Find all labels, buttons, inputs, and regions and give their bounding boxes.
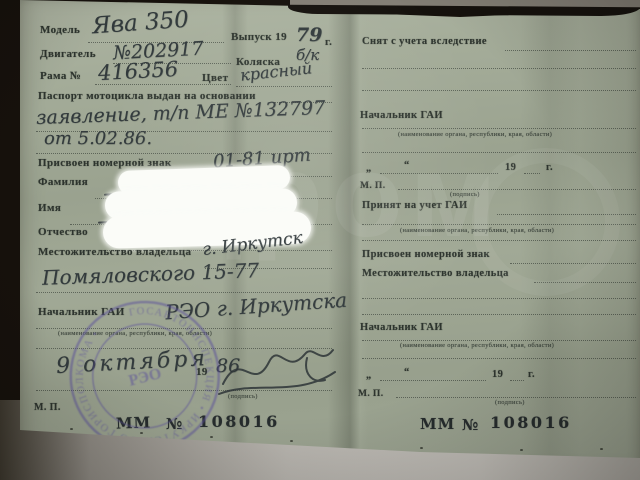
org-name-hint: (наименование органа, республики, края, … bbox=[398, 132, 552, 139]
engine-label: Двигатель bbox=[40, 48, 96, 61]
patronymic-label: Отчество bbox=[38, 226, 88, 239]
residence-label: Местожительство владельца bbox=[38, 246, 191, 259]
mp-seal-label: М. П. bbox=[358, 389, 383, 400]
year-printed: 19 bbox=[505, 162, 516, 174]
model-label: Модель bbox=[40, 24, 80, 37]
dotted-line bbox=[362, 128, 636, 129]
residence-label: Местожительство владельца bbox=[362, 268, 509, 280]
form-number: 108016 bbox=[490, 413, 572, 432]
dotted-line bbox=[380, 380, 486, 381]
dotted-line bbox=[362, 224, 636, 225]
perforation-dot bbox=[520, 449, 523, 451]
perforation-dot bbox=[70, 428, 73, 430]
registered-label: Принят на учет ГАИ bbox=[362, 200, 468, 212]
dotted-line bbox=[362, 340, 636, 341]
year-suffix: г. bbox=[546, 162, 553, 174]
dotted-line bbox=[362, 68, 636, 69]
stamp-center-text: РЭО bbox=[127, 365, 163, 390]
frame-label: Рама № bbox=[40, 70, 81, 83]
dotted-line bbox=[510, 263, 636, 264]
year-printed: 19 bbox=[492, 369, 503, 381]
dotted-line bbox=[362, 152, 636, 153]
dotted-line bbox=[236, 86, 332, 87]
issue-year-label: Выпуск 19 bbox=[231, 31, 287, 44]
deregistered-label: Снят с учета вследствие bbox=[362, 36, 487, 48]
open-quote: „ bbox=[366, 370, 372, 382]
dotted-line bbox=[362, 298, 636, 299]
mp-seal-label: М. П. bbox=[360, 181, 385, 192]
org-name-hint: (наименование органа, республики, края, … bbox=[400, 343, 554, 350]
chief-gai-label: Начальник ГАИ bbox=[360, 322, 443, 334]
dotted-line bbox=[497, 214, 636, 215]
dotted-line bbox=[362, 90, 636, 91]
firstname-label: Имя bbox=[38, 202, 61, 215]
frame-value: 416356 bbox=[97, 57, 178, 85]
open-quote: „ bbox=[366, 163, 372, 175]
dotted-line bbox=[362, 240, 636, 241]
issue-year-suffix: г. bbox=[325, 36, 332, 49]
form-number-sign: № bbox=[462, 416, 479, 434]
perforation-dot bbox=[290, 440, 293, 442]
model-value: Ява 350 bbox=[91, 7, 189, 40]
perforation-dot bbox=[210, 436, 213, 438]
dotted-line bbox=[362, 314, 636, 315]
signature-hint: (подпись) bbox=[450, 192, 480, 199]
vehicle-passport-paper: Модель Ява 350 Выпуск 19 79 г. Двигатель… bbox=[0, 0, 640, 480]
close-quote: “ bbox=[404, 160, 410, 172]
dotted-line bbox=[534, 282, 636, 283]
issue-year-value: 79 bbox=[296, 24, 322, 46]
dotted-line bbox=[362, 358, 636, 359]
dotted-line bbox=[398, 189, 636, 190]
color-label: Цвет bbox=[202, 72, 228, 85]
perforation-dot bbox=[420, 447, 423, 449]
plate-label: Присвоен номерной знак bbox=[362, 249, 490, 261]
dotted-line bbox=[380, 173, 498, 174]
residence-street-value: Помяловского 15-77 bbox=[42, 258, 260, 290]
plate-label: Присвоен номерной знак bbox=[38, 157, 172, 170]
signature-hint: (подпись) bbox=[495, 400, 525, 407]
perforation-dot bbox=[600, 448, 603, 450]
surname-label: Фамилия bbox=[38, 176, 88, 189]
dotted-line bbox=[505, 50, 636, 51]
form-series: ММ bbox=[420, 415, 455, 433]
close-quote: “ bbox=[404, 367, 410, 379]
dotted-line bbox=[396, 397, 636, 398]
perforation-dot bbox=[140, 432, 143, 434]
basis-date-value: от 5.02.86. bbox=[44, 128, 152, 149]
dotted-line bbox=[510, 380, 524, 381]
photo-of-vehicle-passport: Модель Ява 350 Выпуск 19 79 г. Двигатель… bbox=[0, 0, 640, 480]
dotted-line bbox=[524, 173, 540, 174]
chief-gai-label: Начальник ГАИ bbox=[360, 110, 443, 122]
org-name-hint: (наименование органа, республики, края, … bbox=[400, 228, 554, 235]
year-suffix: г. bbox=[528, 369, 535, 381]
